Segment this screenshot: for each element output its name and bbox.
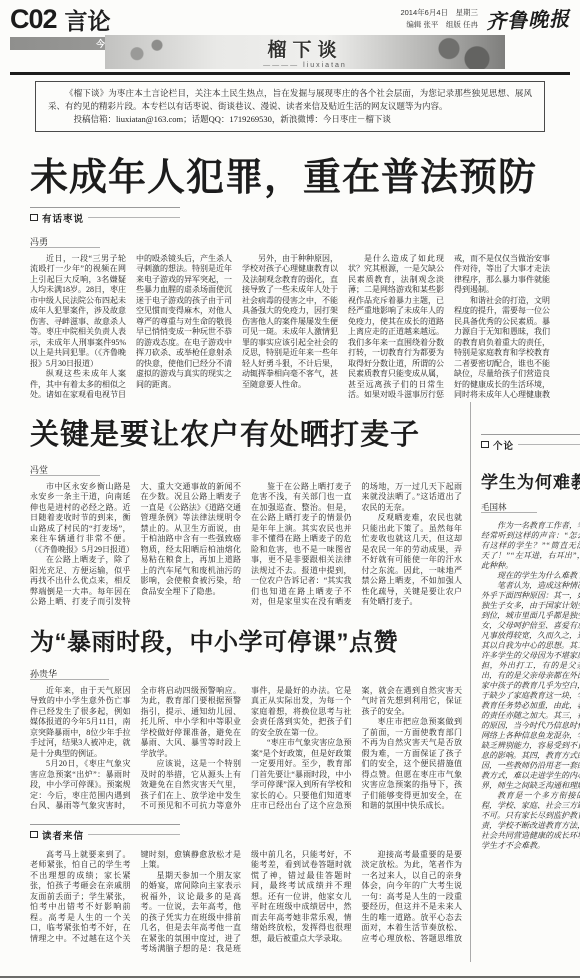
section-tab-gelun: 个论 — [481, 434, 580, 452]
sidebar-tab-label: 个论 — [493, 438, 514, 452]
page-header: C02 言论 2014年6月4日 星期三 编辑 张平 组版 任冉 齐鲁晚报 今日… — [0, 0, 580, 75]
article3-headline: 为“暴雨时段，中小学可停课”点赞 — [30, 622, 462, 657]
header-divider — [10, 72, 570, 75]
section-marker-icon — [30, 831, 38, 838]
article1-author: 冯勇 — [30, 235, 550, 248]
lower-region: 关键是要让农户有处晒打麦子 冯堂 市中区永安乡衡山路是永安乡一条主干道，向南延伸… — [0, 402, 580, 962]
tab-rule-line — [88, 834, 180, 835]
tab-rule-line — [88, 217, 180, 218]
article2-author: 冯堂 — [30, 463, 462, 476]
banner-pinyin: liuxiatan — [263, 62, 347, 69]
article-wheat-drying: 关键是要让农户有处晒打麦子 冯堂 市中区永安乡衡山路是永安乡一条主干道，向南延伸… — [30, 412, 462, 614]
newspaper-page: C02 言论 2014年6月4日 星期三 编辑 张平 组版 任冉 齐鲁晚报 今日… — [0, 0, 580, 980]
sidebar-body: 作为一名教育工作者，笔者经常听到这样的声音：“怎么会有这样的学生？”“简直无法无… — [481, 521, 580, 929]
main-column: 关键是要让农户有处晒打麦子 冯堂 市中区永安乡衡山路是永安乡一条主干道，向南延伸… — [30, 402, 462, 962]
date-editor-block: 2014年6月4日 星期三 编辑 张平 组版 任冉 — [400, 7, 478, 30]
letters-tab-label: 读者来信 — [42, 828, 84, 842]
article-juvenile-crime: 未成年人犯罪，重在普法预防 有话枣说 冯勇 近日，一段“三男子轮流殴打一少年”的… — [0, 146, 580, 402]
article1-headline: 未成年人犯罪，重在普法预防 — [30, 146, 550, 201]
readers-letters-section: 读者来信 高考马上就要来到了。老师紧张，怕自己的学生考不出理想的成绩；家长紧张，… — [30, 824, 462, 962]
column-intro-box: 《榴下谈》为枣庄本土言论栏目，关注本土民生热点，旨在发掘与展现枣庄的各个社会层面… — [35, 81, 545, 132]
section-title: 言论 — [65, 9, 111, 33]
issue-date: 2014年6月4日 星期三 — [400, 7, 478, 18]
opinion-sidebar: 个论 学生为何难教 毛国林 作为一名教育工作者，笔者经常听到这样的声音：“怎么会… — [470, 402, 580, 962]
newspaper-masthead: 齐鲁晚报 — [486, 3, 571, 35]
section-marker-icon — [481, 441, 489, 448]
article3-author: 孙贵华 — [30, 667, 462, 680]
section-tab-youhuazaoshuo: 有话枣说 — [30, 207, 180, 225]
letters-body: 高考马上就要来到了。老师紧张，怕自己的学生考不出理想的成绩；家长紧张，怕孩子考砸… — [30, 850, 462, 962]
column-banner-image: 榴下谈 liuxiatan — [105, 35, 505, 69]
section-tab-letters: 读者来信 — [30, 824, 180, 842]
article1-body: 近日，一段“三男子轮流殴打一少年”的视频在网上引起巨大反响，3名嫌疑人均未满18… — [30, 254, 550, 402]
page-bottom-rule — [0, 976, 580, 978]
banner-title: 榴下谈 — [267, 35, 342, 62]
article3-body: 近年来，由于天气原因导致的中小学生意外伤亡事件已经发生了很多起，例如媒体报道的今… — [30, 686, 462, 818]
sidebar-headline: 学生为何难教 — [481, 468, 580, 493]
intro-text: 《榴下谈》为枣庄本土言论栏目，关注本土民生热点，旨在发掘与展现枣庄的各个社会层面… — [48, 87, 532, 113]
article2-headline: 关键是要让农户有处晒打麦子 — [30, 412, 462, 453]
tab-rule-line — [518, 444, 580, 445]
section-tab-label: 有话枣说 — [42, 211, 84, 225]
editor-credits: 编辑 张平 组版 任冉 — [400, 19, 478, 30]
sidebar-author: 毛国林 — [481, 501, 580, 513]
article-storm-school-closure: 为“暴雨时段，中小学可停课”点赞 孙贵华 近年来，由于天气原因导致的中小学生意外… — [30, 622, 462, 818]
intro-contact: 投稿信箱：liuxiatan@163.com；话题QQ：1719269530，新… — [48, 113, 532, 126]
page-number: C02 — [10, 6, 57, 33]
article2-body: 市中区永安乡衡山路是永安乡一条主干道，向南延伸也是进村的必经之路。近日随着麦收时… — [30, 482, 462, 614]
section-marker-icon — [30, 214, 38, 221]
